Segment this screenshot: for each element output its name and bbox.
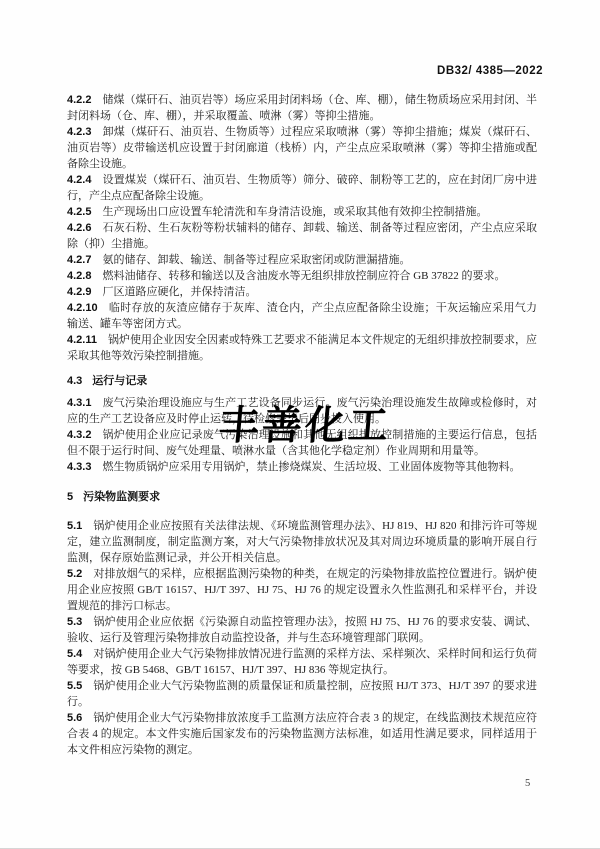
section-heading-4-3: 4.3运行与记录 xyxy=(67,373,537,389)
clause-number: 4.3.2 xyxy=(67,429,91,441)
clause-text: 生产现场出口应设置车轮清洗和车身清洁设施，或采取其他有效抑尘控制措施。 xyxy=(102,206,487,218)
clause-text: 对排放烟气的采样，应根据监测污染物的种类，在规定的污染物排放监控位置进行。锅炉使… xyxy=(67,568,537,612)
clause-number: 4.2.2 xyxy=(67,94,91,106)
document-number: DB32/ 4385—2022 xyxy=(437,65,543,77)
clause-number: 4.2.4 xyxy=(67,174,91,186)
clause-text: 锅炉使用企业大气污染物排放浓度手工监测方法应符合表 3 的规定，在线监测技术规范… xyxy=(67,712,537,756)
clause-item-4-2-7: 4.2.7氨的储存、卸载、输送、制备等过程应采取密闭或防泄漏措施。 xyxy=(67,252,537,268)
clause-number: 4.2.8 xyxy=(67,270,91,282)
clause-number: 4.3.1 xyxy=(67,397,91,409)
clause-item-5-3: 5.3锅炉使用企业应依据《污染源自动监控管理办法》，按照 HJ 75、HJ 76… xyxy=(67,614,537,646)
clause-number: 5.4 xyxy=(67,648,82,660)
clause-number: 5.6 xyxy=(67,712,82,724)
clause-text: 厂区道路应硬化，并保持清洁。 xyxy=(102,286,256,298)
clause-text: 锅炉使用企业应依据《污染源自动监控管理办法》，按照 HJ 75、HJ 76 的要… xyxy=(67,616,537,644)
clause-item-4-3-3: 4.3.3燃生物质锅炉应采用专用锅炉，禁止掺烧煤炭、生活垃圾、工业固体废物等其他… xyxy=(67,459,537,475)
clause-number: 4.2.3 xyxy=(67,126,91,138)
clause-number: 5.3 xyxy=(67,616,82,628)
clause-text: 锅炉使用企业应按照有关法律法规、《环境监测管理办法》、HJ 819、HJ 820… xyxy=(67,520,537,564)
section-title: 污染物监测要求 xyxy=(83,491,160,503)
clause-item-4-2-5: 4.2.5生产现场出口应设置车轮清洗和车身清洁设施，或采取其他有效抑尘控制措施。 xyxy=(67,204,537,220)
clause-number: 4.2.10 xyxy=(67,302,98,314)
clause-text: 燃生物质锅炉应采用专用锅炉，禁止掺烧煤炭、生活垃圾、工业固体废物等其他物料。 xyxy=(102,461,520,473)
clause-item-4-2-9: 4.2.9厂区道路应硬化，并保持清洁。 xyxy=(67,284,537,300)
clause-number: 5.1 xyxy=(67,520,82,532)
clause-text: 卸煤（煤矸石、油页岩、生物质等）过程应采取喷淋（雾）等抑尘措施；煤炭（煤矸石、油… xyxy=(67,126,537,170)
clause-text: 石灰石粉、生石灰粉等粉状辅料的储存、卸载、输送、制备等过程应密闭，产尘点应采取除… xyxy=(67,222,537,250)
page-number: 5 xyxy=(525,778,530,789)
clause-item-4-2-4: 4.2.4设置煤炭（煤矸石、油页岩、生物质等）筛分、破碎、制粉等工艺的，应在封闭… xyxy=(67,172,537,204)
section-number: 5 xyxy=(67,491,73,503)
clause-text: 燃料油储存、转移和输送以及含油废水等无组织排放控制应符合 GB 37822 的要… xyxy=(102,270,505,282)
section-heading-5: 5污染物监测要求 xyxy=(67,489,537,505)
clause-item-5-1: 5.1锅炉使用企业应按照有关法律法规、《环境监测管理办法》、HJ 819、HJ … xyxy=(67,518,537,566)
clause-number: 4.2.9 xyxy=(67,286,91,298)
section-number: 4.3 xyxy=(67,375,82,387)
clause-item-4-2-3: 4.2.3卸煤（煤矸石、油页岩、生物质等）过程应采取喷淋（雾）等抑尘措施；煤炭（… xyxy=(67,124,537,172)
clause-text: 设置煤炭（煤矸石、油页岩、生物质等）筛分、破碎、制粉等工艺的，应在封闭厂房中进行… xyxy=(67,174,537,202)
clause-item-4-2-6: 4.2.6石灰石粉、生石灰粉等粉状辅料的储存、卸载、输送、制备等过程应密闭，产尘… xyxy=(67,220,537,252)
clause-number: 5.5 xyxy=(67,680,82,692)
clause-item-5-2: 5.2对排放烟气的采样，应根据监测污染物的种类，在规定的污染物排放监控位置进行。… xyxy=(67,566,537,614)
clause-text: 锅炉使用企业因安全因素或特殊工艺要求不能满足本文件规定的无组织排放控制要求，应采… xyxy=(67,334,537,362)
clause-number: 4.2.5 xyxy=(67,206,91,218)
clause-text: 氨的储存、卸载、输送、制备等过程应采取密闭或防泄漏措施。 xyxy=(102,254,410,266)
clause-number: 5.2 xyxy=(67,568,82,580)
clause-item-4-2-2: 4.2.2储煤（煤矸石、油页岩等）场应采用封闭料场（仓、库、棚），储生物质场应采… xyxy=(67,92,537,124)
clause-item-5-6: 5.6锅炉使用企业大气污染物排放浓度手工监测方法应符合表 3 的规定，在线监测技… xyxy=(67,710,537,758)
clause-text: 对锅炉使用企业大气污染物排放情况进行监测的采样方法、采样频次、采样时间和运行负荷… xyxy=(67,648,537,676)
clause-number: 4.2.7 xyxy=(67,254,91,266)
clause-item-5-5: 5.5锅炉使用企业大气污染物监测的质量保证和质量控制，应按照 HJ/T 373、… xyxy=(67,678,537,710)
clause-number: 4.2.11 xyxy=(67,334,97,346)
clause-text: 临时存放的灰渣应储存于灰库、渣仓内，产尘点应配备除尘设施；干灰运输应采用气力输送… xyxy=(67,302,537,330)
clause-item-4-2-10: 4.2.10临时存放的灰渣应储存于灰库、渣仓内，产尘点应配备除尘设施；干灰运输应… xyxy=(67,300,537,332)
clause-number: 4.3.3 xyxy=(67,461,91,473)
document-page: DB32/ 4385—2022 4.2.2储煤（煤矸石、油页岩等）场应采用封闭料… xyxy=(0,0,600,849)
company-stamp-watermark: 丰善化工 xyxy=(217,404,393,448)
clause-item-4-2-8: 4.2.8燃料油储存、转移和输送以及含油废水等无组织排放控制应符合 GB 378… xyxy=(67,268,537,284)
clause-item-4-2-11: 4.2.11锅炉使用企业因安全因素或特殊工艺要求不能满足本文件规定的无组织排放控… xyxy=(67,332,537,364)
clause-item-5-4: 5.4对锅炉使用企业大气污染物排放情况进行监测的采样方法、采样频次、采样时间和运… xyxy=(67,646,537,678)
clause-text: 储煤（煤矸石、油页岩等）场应采用封闭料场（仓、库、棚），储生物质场应采用封闭、半… xyxy=(67,94,537,122)
section-title: 运行与记录 xyxy=(92,375,147,387)
clause-text: 锅炉使用企业大气污染物监测的质量保证和质量控制，应按照 HJ/T 373、HJ/… xyxy=(67,680,537,708)
clause-number: 4.2.6 xyxy=(67,222,91,234)
